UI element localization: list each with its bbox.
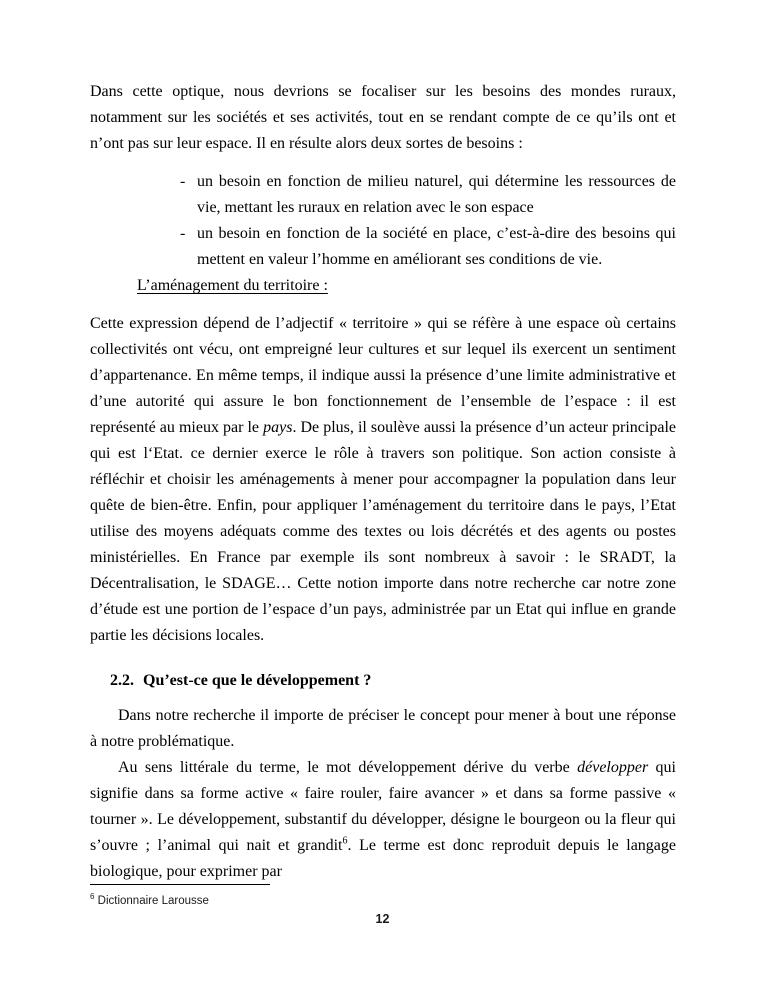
document-page: Dans cette optique, nous devrions se foc… bbox=[0, 0, 765, 990]
italic-term-developper: développer bbox=[577, 759, 648, 776]
paragraph-recherche: Dans notre recherche il importe de préci… bbox=[90, 703, 676, 755]
paragraph-sens-litteral: Au sens littérale du terme, le mot dével… bbox=[90, 755, 676, 885]
section-heading-2-2: 2.2.Qu’est-ce que le développement ? bbox=[110, 668, 676, 694]
bullet-dash-icon: - bbox=[180, 221, 185, 247]
footnote-separator bbox=[90, 884, 270, 885]
subheading-amenagement: L’aménagement du territoire : bbox=[137, 273, 676, 299]
paragraph-territoire: Cette expression dépend de l’adjectif « … bbox=[90, 311, 676, 649]
section-title: Qu’est-ce que le développement ? bbox=[143, 672, 371, 689]
subheading-text: L’aménagement du territoire : bbox=[137, 277, 328, 294]
paragraph-text: Au sens littérale du terme, le mot dével… bbox=[118, 759, 577, 776]
footnote-area: 6 Dictionnaire Larousse bbox=[90, 884, 270, 908]
bullet-list: - un besoin en fonction de milieu nature… bbox=[90, 169, 676, 273]
bullet-dash-icon: - bbox=[180, 169, 185, 195]
bullet-text: un besoin en fonction de la société en p… bbox=[197, 225, 676, 268]
page-number: 12 bbox=[0, 906, 765, 932]
paragraph-text: . De plus, il soulève aussi la présence … bbox=[90, 419, 676, 644]
footnote-marker: 6 bbox=[90, 892, 94, 901]
bullet-text: un besoin en fonction de milieu naturel,… bbox=[197, 173, 676, 216]
bullet-item: - un besoin en fonction de milieu nature… bbox=[180, 169, 676, 221]
page-content: Dans cette optique, nous devrions se foc… bbox=[90, 79, 676, 885]
italic-term-pays: pays bbox=[263, 419, 292, 436]
paragraph-intro: Dans cette optique, nous devrions se foc… bbox=[90, 79, 676, 157]
bullet-item: - un besoin en fonction de la société en… bbox=[180, 221, 676, 273]
paragraph-text: Cette expression dépend de l’adjectif « … bbox=[90, 315, 676, 436]
section-number: 2.2. bbox=[110, 672, 134, 689]
